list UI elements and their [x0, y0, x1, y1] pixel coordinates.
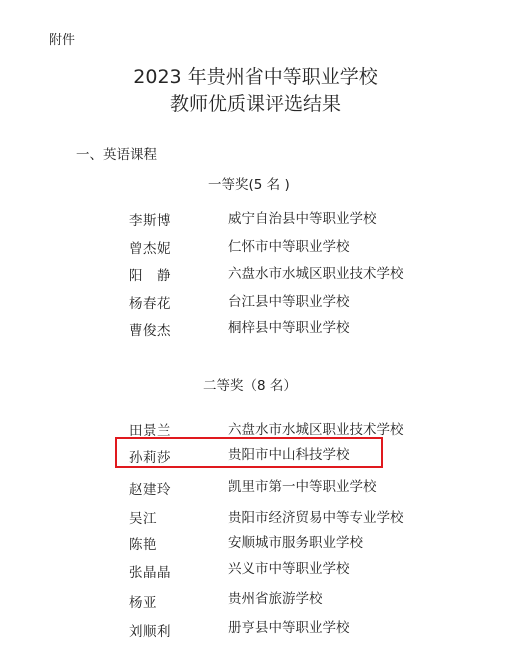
winner-name: 吴江 — [129, 507, 157, 527]
winner-name: 杨亚 — [129, 591, 157, 611]
winner-school: 威宁自治县中等职业学校 — [228, 207, 377, 227]
winner-school: 册亨县中等职业学校 — [228, 616, 350, 636]
page-title-line1: 2023 年贵州省中等职业学校 — [0, 62, 511, 89]
winner-name: 张晶晶 — [129, 561, 171, 581]
winner-school: 桐梓县中等职业学校 — [228, 316, 350, 336]
winner-school: 六盘水市水城区职业技术学校 — [228, 262, 404, 282]
winner-school: 台江县中等职业学校 — [228, 290, 350, 310]
winner-name: 刘顺利 — [129, 620, 171, 640]
winner-school: 六盘水市水城区职业技术学校 — [228, 418, 404, 438]
winner-school: 贵州省旅游学校 — [228, 587, 323, 607]
first-prize-heading: 一等奖(5 名 ) — [208, 173, 290, 193]
winner-name: 曹俊杰 — [129, 319, 171, 339]
section-heading: 一、英语课程 — [76, 143, 157, 163]
winner-name: 李斯博 — [129, 209, 171, 229]
winner-school-highlighted: 贵阳市中山科技学校 — [228, 443, 350, 463]
winner-name: 曾杰妮 — [129, 237, 171, 257]
winner-name-highlighted: 孙莉莎 — [129, 446, 171, 466]
winner-school: 兴义市中等职业学校 — [228, 557, 350, 577]
winner-school: 仁怀市中等职业学校 — [228, 235, 350, 255]
winner-school: 凯里市第一中等职业学校 — [228, 475, 377, 495]
page-title-line2: 教师优质课评选结果 — [0, 89, 511, 116]
attachment-label: 附件 — [49, 29, 75, 48]
second-prize-heading: 二等奖（8 名） — [203, 374, 297, 394]
winner-school: 贵阳市经济贸易中等专业学校 — [228, 506, 404, 526]
winner-name: 阳 静 — [129, 264, 171, 284]
winner-name: 杨春花 — [129, 292, 171, 312]
winner-name: 赵建玲 — [129, 478, 171, 498]
winner-school: 安顺城市服务职业学校 — [228, 531, 363, 551]
winner-name: 陈艳 — [129, 533, 157, 553]
winner-name: 田景兰 — [129, 419, 171, 439]
